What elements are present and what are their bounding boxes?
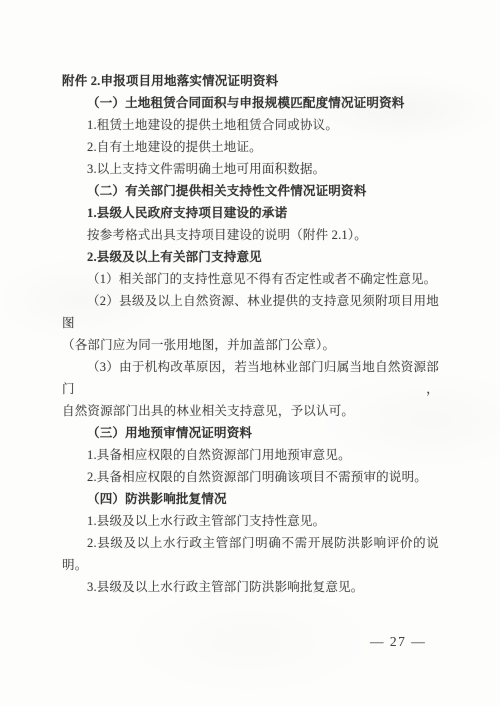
section-2-item-4-line-2: 自然资源部门出具的林业相关支持意见，予以认可。 (62, 400, 439, 422)
document-page: 附件 2.申报项目用地落实情况证明资料 （一）土地租赁合同面积与申报规模匹配度情… (0, 0, 500, 706)
section-4-item-1: 1.县级及以上水行政主管部门支持性意见。 (62, 510, 439, 532)
page-number: — 27 — (370, 634, 426, 650)
section-2-item-3-line-1: （2）县级及以上自然资源、林业提供的支持意见须附项目用地图 (62, 290, 439, 334)
document-content: 附件 2.申报项目用地落实情况证明资料 （一）土地租赁合同面积与申报规模匹配度情… (62, 70, 439, 598)
section-4-item-3: 3.县级及以上水行政主管部门防洪影响批复意见。 (62, 576, 439, 598)
section-1-item-1: 1.租赁土地建设的提供土地租赁合同或协议。 (62, 114, 439, 136)
section-1-item-2: 2.自有土地建设的提供土地证。 (62, 136, 439, 158)
section-2-subheading-2: 2.县级及以上有关部门支持意见 (62, 246, 439, 268)
section-1-heading: （一）土地租赁合同面积与申报规模匹配度情况证明资料 (62, 92, 439, 114)
section-2-item-3-line-2: （各部门应为同一张用地图，并加盖部门公章）。 (62, 334, 439, 356)
section-1-item-3: 3.以上支持文件需明确土地可用面积数据。 (62, 158, 439, 180)
section-2-item-2: （1）相关部门的支持性意见不得有否定性或者不确定性意见。 (62, 268, 439, 290)
section-2-item-1: 按参考格式出具支持项目建设的说明（附件 2.1）。 (62, 224, 439, 246)
section-2-heading: （二）有关部门提供相关支持性文件情况证明资料 (62, 180, 439, 202)
document-title: 附件 2.申报项目用地落实情况证明资料 (62, 70, 439, 92)
section-4-item-2: 2.县级及以上水行政主管部门明确不需开展防洪影响评价的说明。 (62, 532, 439, 576)
section-2-subheading-1: 1.县级人民政府支持项目建设的承诺 (62, 202, 439, 224)
section-3-item-1: 1.具备相应权限的自然资源部门用地预审意见。 (62, 444, 439, 466)
section-3-heading: （三）用地预审情况证明资料 (62, 422, 439, 444)
section-4-heading: （四）防洪影响批复情况 (62, 488, 439, 510)
section-2-item-4-line-1: （3）由于机构改革原因，若当地林业部门归属当地自然资源部门， (62, 356, 439, 400)
section-3-item-2: 2.具备相应权限的自然资源部门明确该项目不需预审的说明。 (62, 466, 439, 488)
